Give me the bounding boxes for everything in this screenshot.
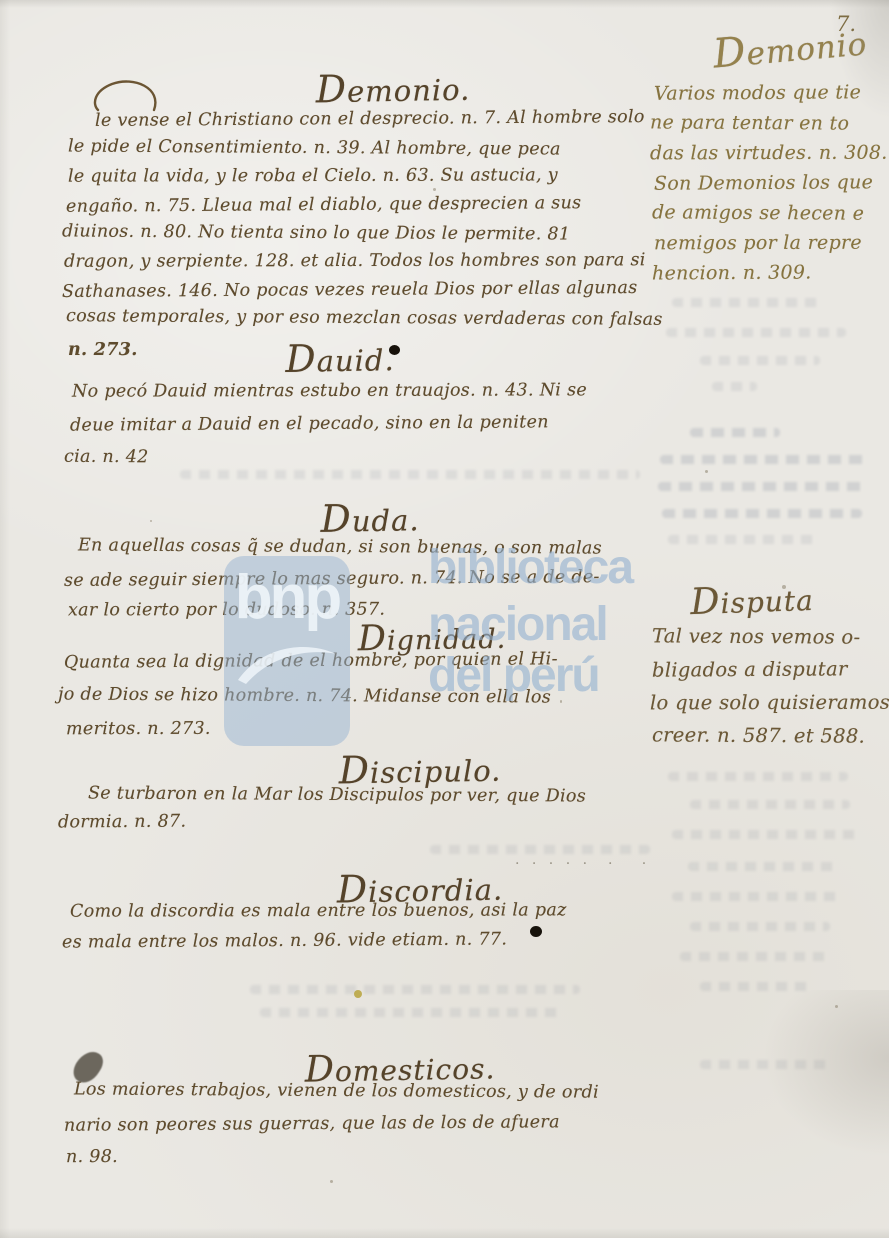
bleedthrough-ghost (672, 892, 842, 901)
page-edge-shadow (0, 0, 10, 1238)
page-edge-shadow (0, 1228, 889, 1238)
margin-note-line: lo que solo quisieramos (650, 691, 889, 715)
watermark-text-line: biblioteca (428, 544, 632, 592)
margin-heading-demonio: Demonio (711, 17, 869, 77)
bleedthrough-ghost (666, 328, 846, 337)
bleedthrough-ghost (690, 800, 850, 809)
page-edge-shadow (0, 0, 889, 8)
bleedthrough-ghost (712, 382, 757, 391)
margin-note-line: Varios modos que tie (654, 81, 861, 104)
bleedthrough-ghost (688, 862, 838, 871)
manuscript-line: diuinos. n. 80. No tienta sino lo que Di… (62, 221, 570, 244)
bleedthrough-ghost (250, 985, 580, 994)
ink-flourish (84, 76, 164, 114)
manuscript-line: le vense el Christiano con el desprecio.… (95, 107, 645, 131)
manuscript-line: deue imitar a Dauid en el pecado, sino e… (70, 412, 549, 435)
manuscript-line: n. 273. (68, 340, 138, 360)
bleedthrough-ghost (180, 470, 640, 479)
section-heading-dauid: Dauid. (285, 335, 395, 381)
margin-note-line: de amigos se hecen e (652, 201, 864, 224)
manuscript-line: cia. n. 42 (64, 447, 149, 468)
watermark-text-line: del perú (428, 652, 599, 700)
bleedthrough-ghost (680, 952, 830, 961)
paper-stain (354, 990, 362, 998)
bleedthrough-ghost (672, 298, 822, 307)
margin-note-line: Son Demonios los que (654, 171, 873, 195)
ink-blot (530, 926, 542, 937)
manuscript-line: Los maiores trabajos, vienen de los dome… (74, 1079, 599, 1102)
bleedthrough-ghost (668, 772, 848, 781)
manuscript-line: Como la discordia es mala entre los buen… (70, 900, 567, 921)
manuscript-line: Se turbaron en la Mar los Discipulos por… (88, 783, 586, 806)
manuscript-line: dormia. n. 87. (58, 812, 186, 833)
ink-blot (389, 345, 400, 355)
bleedthrough-ghost (260, 1008, 560, 1017)
bnp-logo-swoosh-icon (234, 640, 340, 690)
margin-note-line: das las virtudes. n. 308. (650, 142, 888, 165)
margin-note-line: nemigos por la repre (654, 232, 862, 255)
manuscript-line: n. 98. (66, 1147, 118, 1167)
page-edge-shadow (759, 990, 889, 1160)
bleedthrough-ghost (690, 428, 780, 437)
manuscript-page: 7. Demonio. le vense el Christiano con e… (0, 0, 889, 1238)
manuscript-line: cosas temporales, y por eso mezclan cosa… (66, 306, 663, 330)
bleedthrough-ghost (700, 982, 810, 991)
manuscript-line: Sathanases. 146. No pocas vezes reuela D… (62, 278, 638, 302)
bnp-logo-text: bnp (235, 562, 340, 633)
manuscript-line: engaño. n. 75. Lleua mal el diablo, que … (66, 193, 582, 217)
bleedthrough-ghost (690, 922, 830, 931)
bleedthrough-ghost (668, 535, 818, 544)
bleedthrough-ghost (700, 356, 820, 365)
margin-note-line: ne para tentar en to (650, 111, 849, 134)
bleedthrough-ghost (660, 455, 865, 464)
margin-note-line: Tal vez nos vemos o- (652, 624, 861, 648)
ink-dots: . . . . . . . (515, 852, 650, 868)
manuscript-line: dragon, y serpiente. 128. et alia. Todos… (64, 250, 646, 272)
bleedthrough-ghost (662, 509, 862, 518)
margin-note-line: bligados a disputar (652, 657, 848, 681)
bnp-logo: bnp (224, 556, 350, 746)
margin-heading-disputa: Disputa (690, 576, 815, 623)
manuscript-line: es mala entre los malos. n. 96. vide eti… (62, 929, 507, 952)
margin-note-line: creer. n. 587. et 588. (652, 723, 865, 747)
margin-note-line: hencion. n. 309. (652, 261, 812, 284)
manuscript-line: meritos. n. 273. (66, 719, 211, 739)
watermark-text-line: nacional (428, 601, 607, 649)
manuscript-line: le quita la vida, y le roba el Cielo. n.… (68, 165, 558, 186)
bleedthrough-ghost (672, 830, 862, 839)
manuscript-line: No pecó Dauid mientras estubo en trauajo… (72, 380, 587, 401)
manuscript-line: nario son peores sus guerras, que las de… (64, 1112, 560, 1135)
section-heading-duda: Duda. (320, 495, 420, 541)
section-heading-demonio: Demonio. (315, 65, 470, 112)
bleedthrough-ghost (658, 482, 866, 491)
manuscript-line: le pide el Consentimiento. n. 39. Al hom… (68, 136, 561, 159)
bleedthrough-ghost (700, 1060, 830, 1069)
